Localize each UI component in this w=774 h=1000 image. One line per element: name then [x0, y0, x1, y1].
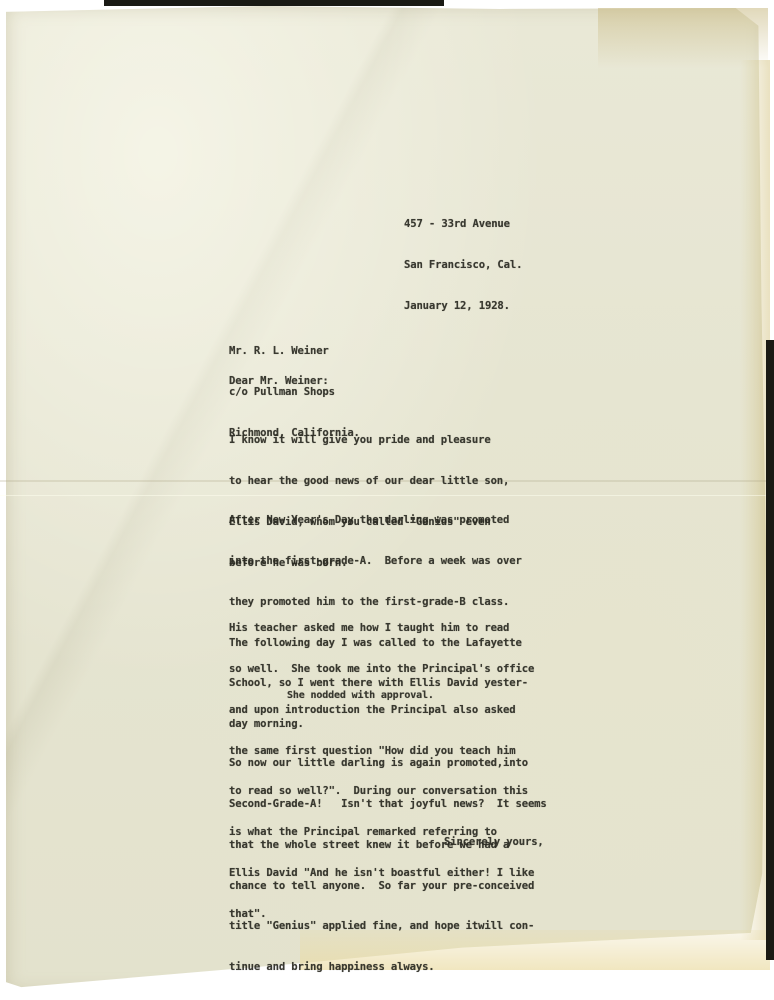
- text-line: After New Year's Day the darling was pro…: [229, 514, 528, 528]
- text-line: Second-Grade-A! Isn't that joyful news? …: [229, 798, 547, 812]
- background-shadow-top: [104, 0, 444, 6]
- heading-date: January 12, 1928.: [404, 300, 522, 314]
- text-line: tinue and bring happiness always.: [229, 961, 547, 975]
- text-line: title "Genius" applied fine, and hope it…: [229, 920, 547, 934]
- text-line: into the first-grade-A. Before a week wa…: [229, 555, 528, 569]
- text-line: chance to tell anyone. So far your pre-c…: [229, 880, 547, 894]
- text-line: His teacher asked me how I taught him to…: [229, 622, 534, 636]
- salutation: Dear Mr. Weiner:: [229, 375, 329, 389]
- overtyped-note: She nodded with approval.: [287, 689, 434, 703]
- text-line: So now our little darling is again promo…: [229, 757, 547, 771]
- background-shadow-right: [766, 340, 774, 960]
- text-line: I know it will give you pride and pleasu…: [229, 434, 509, 448]
- text-line: so well. She took me into the Principal'…: [229, 663, 534, 677]
- paragraph-4: So now our little darling is again promo…: [229, 730, 547, 988]
- text-line: and upon introduction the Principal also…: [229, 704, 534, 718]
- recipient-name: Mr. R. L. Weiner: [229, 345, 360, 359]
- letter-heading: 457 - 33rd Avenue San Francisco, Cal. Ja…: [404, 191, 522, 327]
- paper-stain-top-right: [598, 8, 768, 68]
- complimentary-close: Sincerely yours,: [444, 836, 544, 850]
- heading-street: 457 - 33rd Avenue: [404, 218, 522, 232]
- heading-city: San Francisco, Cal.: [404, 259, 522, 273]
